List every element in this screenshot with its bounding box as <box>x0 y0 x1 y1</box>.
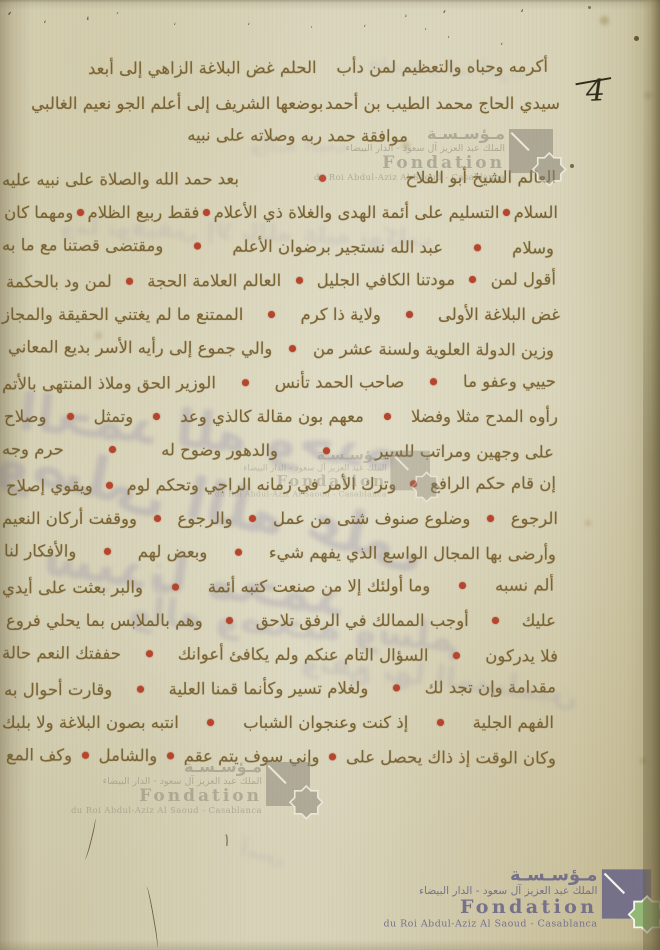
ink-speck: ١ <box>221 831 233 850</box>
manuscript-text-segment: سيدي الحاج محمد الطيب بن أحمد <box>325 94 560 113</box>
manuscript-line: عليكأوجب الممالك في الرفق تلاحقوهم بالمل… <box>6 605 556 635</box>
ink-speck: ، <box>173 18 176 28</box>
watermark-title-french: Fondation <box>50 788 262 806</box>
red-dot-divider <box>329 753 336 760</box>
foxing-stain <box>600 16 609 25</box>
manuscript-text-segment: مودتنا الكافي الجليل <box>317 270 455 290</box>
manuscript-text-segment: ومقتضى قصتنا مع ما به <box>2 235 163 255</box>
manuscript-text-segment: إذ كنت وعنجوان الشباب <box>243 713 408 732</box>
manuscript-text-segment: صاحب الحمد تأنس <box>275 372 405 392</box>
manuscript-text-segment: وضلوع صنوف شتى من عمل <box>273 509 470 528</box>
red-dot-divider <box>289 345 296 352</box>
manuscript-line: السلامالتسليم على أئمة الهدى والغلاة ذي … <box>4 197 558 227</box>
manuscript-text-segment: ويقوي إصلاح <box>6 475 93 494</box>
manuscript-text-segment: وتمثل <box>94 407 134 426</box>
red-dot-divider <box>323 447 330 454</box>
watermark-subtitle-arabic: الملك عبد العزيز آل سعود - الدار البيضاء <box>50 777 262 787</box>
manuscript-text-segment: وصلاح <box>4 407 46 426</box>
foundation-logo-icon <box>602 869 651 918</box>
red-dot-divider <box>104 547 111 554</box>
manuscript-line: غض البلاغة الأولىولاية ذا كرمالممتنع ما … <box>2 299 560 329</box>
manuscript-text-segment: السؤال التام عنكم ولم يكافئ أعوانك <box>178 644 429 665</box>
manuscript-text-segment: ولاية ذا كرم <box>300 305 380 324</box>
red-dot-divider <box>268 311 275 318</box>
manuscript-line: إن قام حكم الرافعوترك الأمر في زمانه الر… <box>6 468 556 501</box>
watermark: مـؤسـسـةالملك عبد العزيز آل سعود - الدار… <box>360 866 651 929</box>
manuscript-text-segment: وترك الأمر في زمانه الراجي وتحكم لوم <box>126 474 396 494</box>
manuscript-text-segment: وكان الوقت إذ ذاك يحصل على <box>346 747 556 767</box>
manuscript-text-segment: فلا يدركون <box>485 646 558 665</box>
stray-hair-mark <box>83 818 97 860</box>
manuscript-line: أكرمه وحباه والتعظيم لمن دأبالحلم غض الب… <box>88 51 548 83</box>
manuscript-line: وزين الدولة العلوية ولسنة عشر منوالي جمو… <box>8 331 554 364</box>
ink-speck <box>570 164 574 168</box>
manuscript-text-segment: والشامل <box>99 745 158 764</box>
manuscript-page: الحمد لله وحدهوصلى الله علىسيدنا محمدوآل… <box>0 0 660 950</box>
eight-point-star-icon <box>629 896 660 932</box>
red-dot-divider <box>437 719 444 726</box>
manuscript-text-segment: بوضعها الشريف إلى أعلم الجو نعيم الغالبي <box>31 94 323 113</box>
manuscript-text-segment: وبعض لهم <box>138 542 208 561</box>
watermark-subtitle-french: du Roi Abdul-Aziz Al Saoud - Casablanca <box>50 807 262 816</box>
red-dot-divider <box>249 515 256 522</box>
red-dot-divider <box>393 684 400 691</box>
manuscript-line: رأوه المدح مثلا وفضلامعهم بون مقالة كالذ… <box>4 401 558 431</box>
ink-speck: ، <box>6 4 15 19</box>
manuscript-text-segment: الممتنع ما لم يغتني الحقيقة والمجاز <box>2 305 243 324</box>
eight-point-star-icon <box>290 786 323 819</box>
manuscript-text-segment: ومهما كان <box>4 203 73 222</box>
manuscript-text-segment: وسلام <box>512 238 554 257</box>
ink-speck: ، <box>500 38 504 48</box>
manuscript-text-segment: فقط ربيع الظلام <box>87 203 199 222</box>
red-dot-divider <box>453 652 460 659</box>
manuscript-line: سيدي الحاج محمد الطيب بن أحمدبوضعها الشر… <box>48 88 560 118</box>
manuscript-text-segment: السلام <box>514 203 558 222</box>
manuscript-text-segment: حرم وجه <box>2 439 64 458</box>
manuscript-text-segment: وأرضى بها المجال الواسع الذي يفهم شيء <box>269 542 556 563</box>
manuscript-line: وسلامعبد الله نستجير برضوان الأعلمومقتضى… <box>2 229 554 262</box>
watermark-text: مـؤسـسـةالملك عبد العزيز آل سعود - الدار… <box>360 866 597 929</box>
manuscript-text-segment: وزين الدولة العلوية ولسنة عشر من <box>313 339 554 359</box>
manuscript-text-segment: والأفكار لنا <box>4 541 76 560</box>
manuscript-line: على وجهين ومراتب للسيروالدهور وضوح لهحرم… <box>2 433 554 466</box>
red-dot-divider <box>406 311 413 318</box>
manuscript-text-segment: والبر بعثت على أيدي <box>2 577 143 597</box>
manuscript-text-segment: والرجوع <box>177 509 232 528</box>
ink-speck: ، <box>447 32 450 41</box>
red-dot-divider <box>153 413 160 420</box>
manuscript-line: وأرضى بها المجال الواسع الذي يفهم شيءوبع… <box>4 535 556 568</box>
manuscript-text-segment: انتبه بصون البلاغة ولا بلبك <box>2 713 179 732</box>
red-dot-divider <box>137 685 144 692</box>
manuscript-text-segment: حييي وعفو ما <box>463 371 556 390</box>
manuscript-text-segment: الفهم الجلية <box>473 713 554 732</box>
red-dot-divider <box>430 378 437 385</box>
red-dot-divider <box>154 515 161 522</box>
manuscript-text-segment: أوجب الممالك في الرفق تلاحق <box>256 611 469 630</box>
manuscript-text-segment: العالم الشيخ أبو الفلاح <box>405 167 556 187</box>
stray-hair-mark <box>145 886 160 948</box>
manuscript-line: فلا يدركونالسؤال التام عنكم ولم يكافئ أع… <box>2 637 558 670</box>
manuscript-text-segment: والي جموع إلى رأيه الأسر بديع المعاني <box>8 337 272 358</box>
red-dot-divider <box>77 209 84 216</box>
ink-speck: ، <box>424 24 427 33</box>
ink-speck: ، <box>43 14 47 25</box>
red-dot-divider <box>503 209 510 216</box>
logo-diagonal-line <box>511 132 530 151</box>
ink-speck: ، <box>310 22 313 31</box>
red-dot-divider <box>172 583 179 590</box>
red-dot-divider <box>126 277 133 284</box>
manuscript-text-segment: معهم بون مقالة كالذي وعد <box>180 407 364 426</box>
manuscript-text-segment: العالم العلامة الحجة <box>147 270 281 290</box>
manuscript-text-segment: وكف المع <box>6 745 72 764</box>
manuscript-text-segment: وما أولئك إلا من صنعت كتبه أئمة <box>208 576 431 596</box>
page-edge <box>643 0 660 950</box>
ink-speck <box>588 6 591 9</box>
watermark-title-arabic: مـؤسـسـة <box>360 866 597 885</box>
manuscript-text-segment: أقول لمن <box>491 269 556 288</box>
manuscript-text-segment: مقدامة وإن تجد لك <box>425 677 556 697</box>
ink-speck: ، <box>520 2 524 14</box>
manuscript-line: الرجوعوضلوع صنوف شتى من عملوالرجوعووقفت … <box>2 503 558 533</box>
manuscript-text-segment: حففتك النعم حالة <box>2 643 121 663</box>
red-dot-divider <box>82 751 89 758</box>
red-dot-divider <box>109 445 116 452</box>
manuscript-line: مقدامة وإن تجد لكولغلام تسير وكأنما قمنا… <box>4 672 556 705</box>
watermark-title-french: Fondation <box>360 898 597 918</box>
manuscript-text-segment: لمن ود بالحكمة <box>6 271 112 291</box>
manuscript-text-segment: ألم نسبه <box>495 575 554 594</box>
manuscript-text-segment: على وجهين ومراتب للسير <box>375 441 554 461</box>
folio-number: 4 <box>575 79 618 109</box>
red-dot-divider <box>146 650 153 657</box>
red-dot-divider <box>226 617 233 624</box>
manuscript-line: موافقة حمد ربه وصلاته على نبيه <box>166 119 408 150</box>
red-dot-divider <box>474 244 481 251</box>
red-dot-divider <box>235 548 242 555</box>
red-dot-divider <box>319 174 326 181</box>
red-dot-divider <box>67 413 74 420</box>
ink-speck: ، <box>115 7 120 17</box>
ink-speck: ، <box>403 10 408 20</box>
red-dot-divider <box>242 379 249 386</box>
manuscript-text-segment: الحلم غض البلاغة الزاهي إلى أبعد <box>88 58 317 78</box>
ink-speck: ، <box>247 18 251 28</box>
manuscript-text-segment: موافقة حمد ربه وصلاته على نبيه <box>187 125 408 145</box>
watermark-subtitle-arabic: الملك عبد العزيز آل سعود - الدار البيضاء <box>360 886 597 897</box>
red-dot-divider <box>207 719 214 726</box>
red-dot-divider <box>492 617 499 624</box>
red-dot-divider <box>410 480 417 487</box>
manuscript-text-segment: وإني سوف يتم عقم <box>184 746 320 766</box>
foxing-stain <box>585 520 591 526</box>
folio-numeral: 4 <box>585 75 619 109</box>
ink-speck: ، <box>83 10 90 24</box>
manuscript-text-segment: ووقفت أركان النعيم <box>2 509 137 528</box>
red-dot-divider <box>487 515 494 522</box>
manuscript-line: الفهم الجليةإذ كنت وعنجوان الشبابانتبه ب… <box>2 707 554 737</box>
red-dot-divider <box>106 481 113 488</box>
manuscript-text-segment: ولغلام تسير وكأنما قمنا العلية <box>169 678 369 698</box>
red-dot-divider <box>469 275 476 282</box>
ink-speck: ، <box>363 20 366 30</box>
red-dot-divider <box>295 276 302 283</box>
manuscript-text-segment: رأوه المدح مثلا وفضلا <box>411 407 558 426</box>
manuscript-line: ألم نسبهوما أولئك إلا من صنعت كتبه أئمةو… <box>2 570 554 603</box>
manuscript-text-segment: وقارت أحوال به <box>4 679 112 699</box>
manuscript-text-segment: التسليم على أئمة الهدى والغلاة ذي الأعلا… <box>214 203 500 222</box>
manuscript-text-segment: وهم بالملابس بما يحلي فروع <box>6 611 203 630</box>
red-dot-divider <box>167 752 174 759</box>
manuscript-text-segment: بعد حمد الله والصلاة على نبيه عليه <box>2 169 239 189</box>
manuscript-text-segment: والدهور وضوح له <box>161 440 278 460</box>
logo-diagonal-line <box>604 873 625 894</box>
manuscript-text-segment: عبد الله نستجير برضوان الأعلم <box>232 236 443 256</box>
manuscript-line: وكان الوقت إذ ذاك يحصل علىوإني سوف يتم ع… <box>6 739 556 772</box>
manuscript-line: العالم الشيخ أبو الفلاحبعد حمد الله والص… <box>2 162 556 195</box>
manuscript-line: حييي وعفو ماصاحب الحمد تأنسالوزير الحق و… <box>2 366 556 399</box>
red-dot-divider <box>203 209 210 216</box>
manuscript-text-segment: إن قام حكم الرافع <box>430 473 556 493</box>
manuscript-text-segment: عليك <box>522 611 556 630</box>
manuscript-line: أقول لمنمودتنا الكافي الجليلالعالم العلا… <box>6 264 556 297</box>
bottom-edge-shadow <box>0 940 660 950</box>
foxing-stain <box>645 92 652 99</box>
ink-speck: ، <box>442 3 449 16</box>
manuscript-text-segment: غض البلاغة الأولى <box>438 305 560 324</box>
watermark-subtitle-french: du Roi Abdul-Aziz Al Saoud - Casablanca <box>360 919 597 929</box>
red-dot-divider <box>384 413 391 420</box>
red-dot-divider <box>194 242 201 249</box>
manuscript-text-segment: الوزير الحق وملاذ المنتهى بالأتم <box>2 373 216 393</box>
ink-speck <box>634 36 639 41</box>
bleed-through-text: آمين <box>238 836 287 868</box>
manuscript-text-segment: الرجوع <box>511 509 558 528</box>
red-dot-divider <box>459 582 466 589</box>
foxing-stain <box>640 758 646 764</box>
manuscript-text-segment: أكرمه وحباه والتعظيم لمن دأب <box>336 56 548 76</box>
